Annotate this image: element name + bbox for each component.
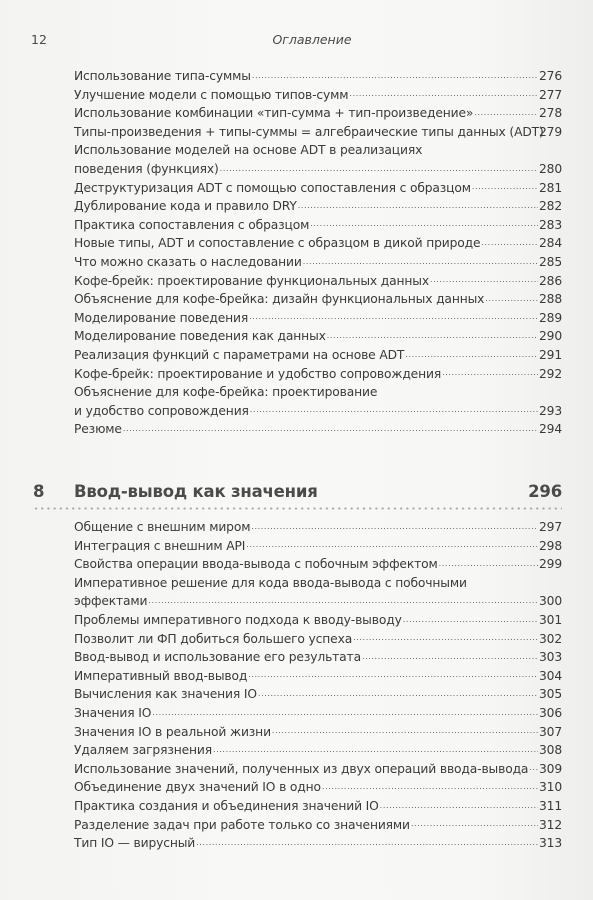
toc-entry-page-number: 283: [539, 216, 562, 235]
toc-entry-page-number: 306: [539, 704, 562, 723]
toc-entry-title-wrap: Объединение двух значений IO в одно: [74, 778, 539, 797]
toc-entry: Практика создания и объединения значений…: [74, 797, 562, 816]
dot-leader: [250, 403, 538, 417]
toc-entry-title: Объединение двух значений IO в одно: [74, 778, 321, 797]
dot-leader: [303, 255, 538, 269]
toc-entry: Свойства операции ввода-вывода с побочны…: [74, 555, 562, 574]
toc-entry-page-number: 309: [539, 760, 562, 779]
toc-entry-title-wrap: Интеграция с внешним API: [74, 537, 539, 556]
toc-entry-title-line1: Использование моделей на основе ADT в ре…: [74, 141, 562, 160]
toc-entry-page-number: 281: [539, 179, 562, 198]
toc-entry: Интеграция с внешним API298: [74, 537, 562, 556]
dot-leader: [430, 273, 538, 287]
toc-entry-title-wrap: Практика сопоставления с образцом: [74, 216, 539, 235]
toc-entry-title: Императивный ввод-вывод: [74, 667, 247, 686]
toc-entry-title: Позволит ли ФП добиться большего успеха: [74, 630, 352, 649]
toc-entry-page-number: 290: [539, 327, 562, 346]
toc-entry: Моделирование поведения как данных290: [74, 327, 562, 346]
toc-entry-page-number: 294: [539, 420, 562, 439]
toc-entry-title-wrap: Удаляем загрязнения: [74, 741, 539, 760]
toc-entry-title-wrap: Императивный ввод-вывод: [74, 667, 539, 686]
dot-leader: [272, 724, 538, 738]
dot-leader: [298, 199, 538, 213]
toc-entry-line2: эффектами300: [74, 592, 562, 611]
dot-leader: [148, 594, 538, 608]
toc-entry-title-wrap: Тип IO — вирусный: [74, 834, 539, 853]
dot-leader: [411, 817, 538, 831]
dot-leader: [246, 538, 538, 552]
toc-entry-title-wrap: Резюме: [74, 420, 539, 439]
book-page: 12 Оглавление Использование типа-суммы27…: [0, 0, 593, 900]
toc-entry: Ввод-вывод и использование его результат…: [74, 648, 562, 667]
dot-leader: [442, 366, 538, 380]
toc-entry-line2: и удобство сопровождения293: [74, 402, 562, 421]
toc-entry-page-number: 308: [539, 741, 562, 760]
toc-entry-title-wrap: Объяснение для кофе-брейка: дизайн функц…: [74, 290, 539, 309]
toc-entry-title: Моделирование поведения как данных: [74, 327, 326, 346]
toc-entry-page-number: 285: [539, 253, 562, 272]
chapter-heading: 8 Ввод-вывод как значения 296: [33, 482, 562, 504]
dot-leader: [252, 69, 538, 83]
dot-leader: [152, 706, 538, 720]
toc-entry-page-number: 298: [539, 537, 562, 556]
toc-entry: Вычисления как значения IO305: [74, 685, 562, 704]
toc-entry-title: Использование комбинации «тип-сумма + ти…: [74, 104, 473, 123]
toc-entry-title: Свойства операции ввода-вывода с побочны…: [74, 555, 438, 574]
toc-entry-title-wrap: Улучшение модели с помощью типов-сумм: [74, 86, 539, 105]
toc-entry-page-number: 286: [539, 272, 562, 291]
toc-entry-page-number: 311: [539, 797, 562, 816]
toc-entry-title: Кофе-брейк: проектирование функциональны…: [74, 272, 429, 291]
dot-leader: [380, 799, 538, 813]
toc-entry-title: Использование типа-суммы: [74, 67, 251, 86]
toc-entry-page-number: 300: [539, 592, 562, 611]
toc-entry-page-number: 297: [539, 518, 562, 537]
toc-entry-title-wrap: Кофе-брейк: проектирование функциональны…: [74, 272, 539, 291]
toc-entry-title: Практика сопоставления с образцом: [74, 216, 309, 235]
toc-entry-title: Проблемы императивного подхода к вводу-в…: [74, 611, 402, 630]
toc-entry: Использование моделей на основе ADT в ре…: [74, 141, 562, 178]
toc-entry: Разделение задач при работе только со зн…: [74, 816, 562, 835]
toc-entry: Новые типы, ADT и сопоставление с образц…: [74, 234, 562, 253]
toc-entry: Деструктуризация ADT с помощью сопоставл…: [74, 179, 562, 198]
toc-entry: Позволит ли ФП добиться большего успеха3…: [74, 630, 562, 649]
toc-entry-title: Использование значений, полученных из дв…: [74, 760, 528, 779]
dot-leader: [353, 631, 538, 645]
toc-entry-title: поведения (функциях): [74, 160, 219, 179]
toc-entry-page-number: 280: [539, 160, 562, 179]
toc-entry-page-number: 289: [539, 309, 562, 328]
toc-entry-title-wrap: эффектами: [74, 592, 539, 611]
toc-entry-title-wrap: Дублирование кода и правило DRY: [74, 197, 539, 216]
toc-entry-page-number: 279: [539, 123, 562, 142]
dot-leader: [248, 668, 538, 682]
dot-leader: [322, 780, 538, 794]
toc-entry-title: Реализация функций с параметрами на осно…: [74, 346, 404, 365]
dot-leader: [405, 348, 538, 362]
toc-entry-title: Типы-произведения + типы-суммы = алгебра…: [74, 123, 544, 142]
toc-entry-page-number: 282: [539, 197, 562, 216]
toc-entry-page-number: 277: [539, 86, 562, 105]
toc-entry-page-number: 299: [539, 555, 562, 574]
dot-leader: [472, 180, 538, 194]
toc-entry-title-wrap: Реализация функций с параметрами на осно…: [74, 346, 539, 365]
toc-entry: Общение с внешним миром297: [74, 518, 562, 537]
toc-entry-title: Моделирование поведения: [74, 309, 248, 328]
page-header: 12 Оглавление: [31, 32, 553, 50]
toc-entry-page-number: 304: [539, 667, 562, 686]
toc-entry: Использование типа-суммы276: [74, 67, 562, 86]
toc-entry-title: Объяснение для кофе-брейка: дизайн функц…: [74, 290, 484, 309]
toc-entry: Объединение двух значений IO в одно310: [74, 778, 562, 797]
toc-entry-title: Тип IO — вирусный: [74, 834, 195, 853]
toc-entry-title-wrap: Позволит ли ФП добиться большего успеха: [74, 630, 539, 649]
toc-entry: Значения IO306: [74, 704, 562, 723]
running-title: Оглавление: [31, 32, 553, 47]
toc-entry-title-wrap: Что можно сказать о наследовании: [74, 253, 539, 272]
dot-leader: [123, 422, 538, 436]
toc-entry: Кофе-брейк: проектирование и удобство со…: [74, 365, 562, 384]
dot-leader: [196, 836, 538, 850]
toc-entry-title-wrap: Деструктуризация ADT с помощью сопоставл…: [74, 179, 539, 198]
toc-entry: Значения IO в реальной жизни307: [74, 723, 562, 742]
toc-entry-page-number: 276: [539, 67, 562, 86]
dot-leader: [474, 106, 538, 120]
toc-entry-title-wrap: Моделирование поведения: [74, 309, 539, 328]
toc-entry-title-wrap: Практика создания и объединения значений…: [74, 797, 539, 816]
dot-leader: [327, 329, 538, 343]
dot-leader: [439, 557, 538, 571]
toc-entry: Реализация функций с параметрами на осно…: [74, 346, 562, 365]
chapter-number: 8: [33, 482, 44, 501]
toc-entry-title-wrap: Использование комбинации «тип-сумма + ти…: [74, 104, 539, 123]
dot-leader: [529, 761, 538, 775]
toc-entry-page-number: 292: [539, 365, 562, 384]
toc-section-chapter-8: Общение с внешним миром297Интеграция с в…: [74, 518, 562, 853]
dot-leader: [258, 687, 538, 701]
toc-entry-title: эффектами: [74, 592, 147, 611]
toc-entry-title: и удобство сопровождения: [74, 402, 249, 421]
toc-entry: Объяснение для кофе-брейка: проектирован…: [74, 383, 562, 420]
toc-entry-title-wrap: Вычисления как значения IO: [74, 685, 539, 704]
toc-entry: Императивное решение для кода ввода-выво…: [74, 574, 562, 611]
toc-entry-page-number: 313: [539, 834, 562, 853]
toc-entry-title-wrap: Типы-произведения + типы-суммы = алгебра…: [74, 123, 539, 142]
toc-entry-title: Дублирование кода и правило DRY: [74, 197, 297, 216]
toc-entry-title-wrap: поведения (функциях): [74, 160, 539, 179]
toc-entry-title: Новые типы, ADT и сопоставление с образц…: [74, 234, 480, 253]
toc-entry: Что можно сказать о наследовании285: [74, 253, 562, 272]
toc-entry-title: Что можно сказать о наследовании: [74, 253, 302, 272]
dot-leader: [403, 613, 538, 627]
toc-entry-title-wrap: Ввод-вывод и использование его результат…: [74, 648, 539, 667]
toc-entry-title: Разделение задач при работе только со зн…: [74, 816, 410, 835]
toc-entry-title: Интеграция с внешним API: [74, 537, 245, 556]
chapter-page-number: 296: [528, 482, 562, 501]
toc-entry: Тип IO — вирусный313: [74, 834, 562, 853]
toc-entry-line2: поведения (функциях)280: [74, 160, 562, 179]
toc-entry: Типы-произведения + типы-суммы = алгебра…: [74, 123, 562, 142]
toc-entry: Использование значений, полученных из дв…: [74, 760, 562, 779]
toc-entry-title-wrap: Проблемы императивного подхода к вводу-в…: [74, 611, 539, 630]
toc-entry-page-number: 305: [539, 685, 562, 704]
toc-entry-page-number: 291: [539, 346, 562, 365]
toc-entry-title-wrap: Кофе-брейк: проектирование и удобство со…: [74, 365, 539, 384]
dot-leader: [349, 87, 538, 101]
toc-entry: Дублирование кода и правило DRY282: [74, 197, 562, 216]
toc-entry-title-wrap: Моделирование поведения как данных: [74, 327, 539, 346]
toc-entry-title: Вычисления как значения IO: [74, 685, 257, 704]
dot-leader: [310, 217, 538, 231]
toc-entry-title: Деструктуризация ADT с помощью сопоставл…: [74, 179, 471, 198]
dot-leader: [249, 310, 538, 324]
toc-entry-page-number: 302: [539, 630, 562, 649]
chapter-title: Ввод-вывод как значения: [74, 482, 318, 501]
toc-entry-title-wrap: и удобство сопровождения: [74, 402, 539, 421]
chapter-dotted-divider: [33, 507, 562, 510]
toc-entry-title: Значения IO: [74, 704, 151, 723]
toc-entry-title: Практика создания и объединения значений…: [74, 797, 379, 816]
dot-leader: [251, 520, 538, 534]
dot-leader: [362, 650, 538, 664]
toc-entry-title-wrap: Использование типа-суммы: [74, 67, 539, 86]
toc-entry: Резюме294: [74, 420, 562, 439]
toc-entry-title-wrap: Использование значений, полученных из дв…: [74, 760, 539, 779]
toc-entry-title-wrap: Новые типы, ADT и сопоставление с образц…: [74, 234, 539, 253]
toc-entry-title: Улучшение модели с помощью типов-сумм: [74, 86, 348, 105]
toc-entry-title: Значения IO в реальной жизни: [74, 723, 271, 742]
toc-entry: Кофе-брейк: проектирование функциональны…: [74, 272, 562, 291]
toc-entry-page-number: 312: [539, 816, 562, 835]
toc-entry-title-wrap: Свойства операции ввода-вывода с побочны…: [74, 555, 539, 574]
toc-entry: Моделирование поведения289: [74, 309, 562, 328]
toc-entry-page-number: 293: [539, 402, 562, 421]
toc-entry: Императивный ввод-вывод304: [74, 667, 562, 686]
toc-entry-page-number: 301: [539, 611, 562, 630]
toc-entry-title: Кофе-брейк: проектирование и удобство со…: [74, 365, 441, 384]
dot-leader: [213, 743, 538, 757]
toc-entry: Практика сопоставления с образцом283: [74, 216, 562, 235]
toc-entry-title: Общение с внешним миром: [74, 518, 250, 537]
toc-entry-page-number: 307: [539, 723, 562, 742]
toc-entry-title: Ввод-вывод и использование его результат…: [74, 648, 361, 667]
toc-entry-title-wrap: Разделение задач при работе только со зн…: [74, 816, 539, 835]
toc-entry-page-number: 284: [539, 234, 562, 253]
toc-entry-title-wrap: Значения IO в реальной жизни: [74, 723, 539, 742]
toc-entry: Улучшение модели с помощью типов-сумм277: [74, 86, 562, 105]
toc-entry-page-number: 310: [539, 778, 562, 797]
toc-entry-page-number: 278: [539, 104, 562, 123]
toc-entry: Объяснение для кофе-брейка: дизайн функц…: [74, 290, 562, 309]
dot-leader: [220, 162, 538, 176]
dot-leader: [481, 236, 538, 250]
toc-entry-page-number: 288: [539, 290, 562, 309]
toc-entry-title: Удаляем загрязнения: [74, 741, 212, 760]
toc-entry-title-line1: Объяснение для кофе-брейка: проектирован…: [74, 383, 562, 402]
toc-entry-page-number: 303: [539, 648, 562, 667]
toc-entry-title-wrap: Значения IO: [74, 704, 539, 723]
toc-entry: Удаляем загрязнения308: [74, 741, 562, 760]
toc-entry-title-line1: Императивное решение для кода ввода-выво…: [74, 574, 562, 593]
toc-entry-title: Резюме: [74, 420, 122, 439]
toc-entry: Проблемы императивного подхода к вводу-в…: [74, 611, 562, 630]
toc-entry: Использование комбинации «тип-сумма + ти…: [74, 104, 562, 123]
toc-entry-title-wrap: Общение с внешним миром: [74, 518, 539, 537]
dot-leader: [485, 292, 538, 306]
toc-section-chapter-7: Использование типа-суммы276Улучшение мод…: [74, 67, 562, 439]
